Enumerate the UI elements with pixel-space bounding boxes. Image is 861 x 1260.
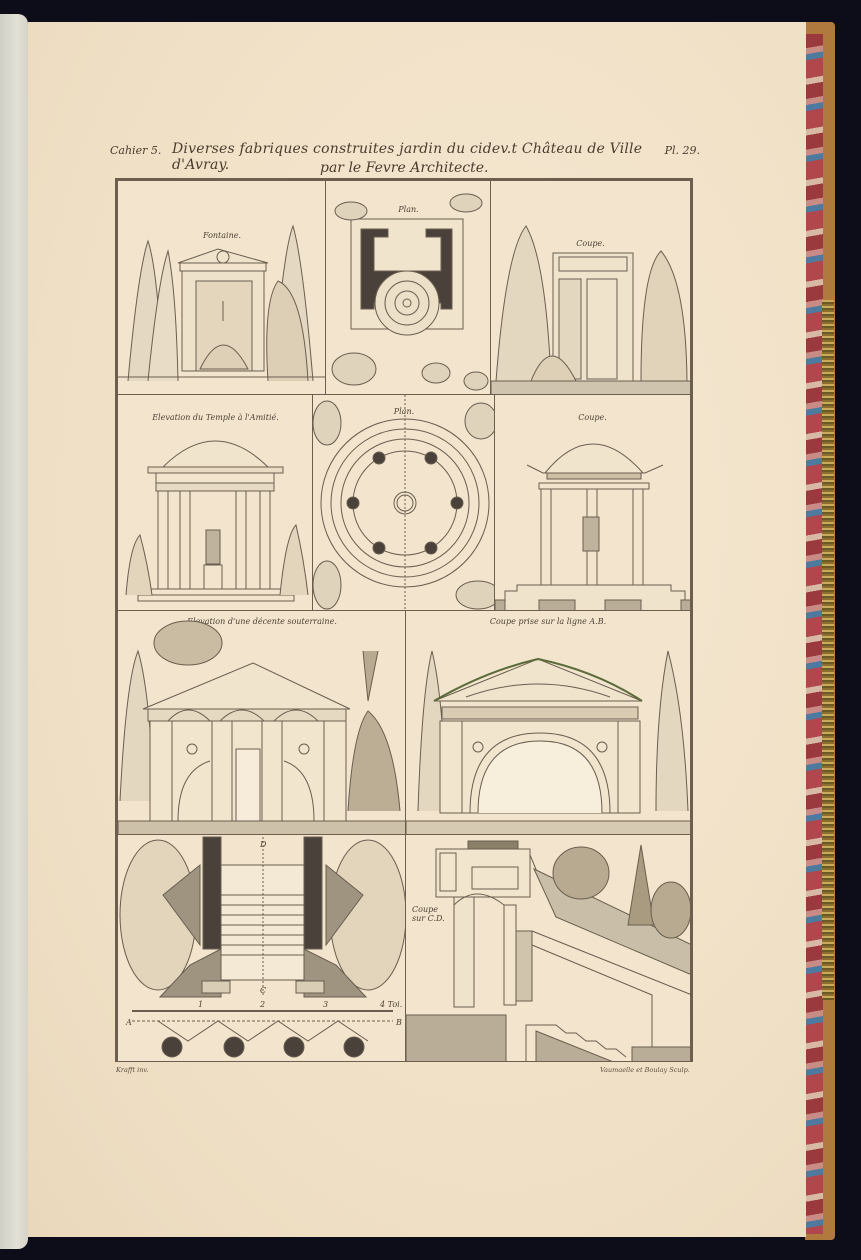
panel-coupe-fontaine: Coupe. [490,180,691,396]
plate-frame: Fontaine. Plan. [115,178,693,1062]
scale-3: 3 [323,1000,328,1009]
cahier-label: Cahier 5. [110,144,161,157]
scale-4: 4 Toi. [379,1000,402,1009]
plate-subtitle: par le Fevre Architecte. [320,160,489,176]
scale-2: 2 [259,1000,265,1009]
speckled-cover-edge [822,300,834,1000]
fountain-elevation-drawing [118,181,327,396]
temple-elevation-drawing [118,395,314,612]
flyleaf-edge [0,14,28,1249]
label-d: D [259,840,267,849]
fountain-plan-drawing [326,181,492,396]
descent-plan-drawing: D C A B 1 2 3 4 Toi. [118,835,407,1062]
panel-temple-plan: Plan. [312,394,496,612]
marbled-page-edge [806,34,823,1234]
temple-plan-drawing [313,395,496,612]
label-a: A [125,1018,132,1027]
panel-temple-coupe: Coupe. [494,394,691,612]
panel-plan-fontaine: Plan. [325,180,492,396]
credit-engraver: Vaumaelle et Boulay Sculp. [600,1066,690,1074]
scale-1: 1 [198,1000,203,1009]
panel-fontaine: Fontaine. [117,180,327,396]
credit-inventor: Krafft inv. [116,1066,148,1074]
panel-descente-plan: Plan. [117,834,407,1062]
panel-coupe-cd: Coupe sur C.D. [405,834,691,1062]
section-cd-drawing [406,835,691,1062]
temple-section-drawing [495,395,691,612]
panel-descente-elevation: Elevation d'une décente souterraine. [117,610,407,836]
section-ab-drawing [406,611,691,836]
label-b: B [395,1018,402,1027]
label-c: C [260,986,266,995]
panel-temple-elevation: Elevation du Temple à l'Amitié. [117,394,314,612]
descent-elevation-drawing [118,611,407,836]
plate-number: Pl. 29. [665,144,700,157]
fountain-section-drawing [491,181,691,396]
panel-coupe-ab: Coupe prise sur la ligne A.B. [405,610,691,836]
